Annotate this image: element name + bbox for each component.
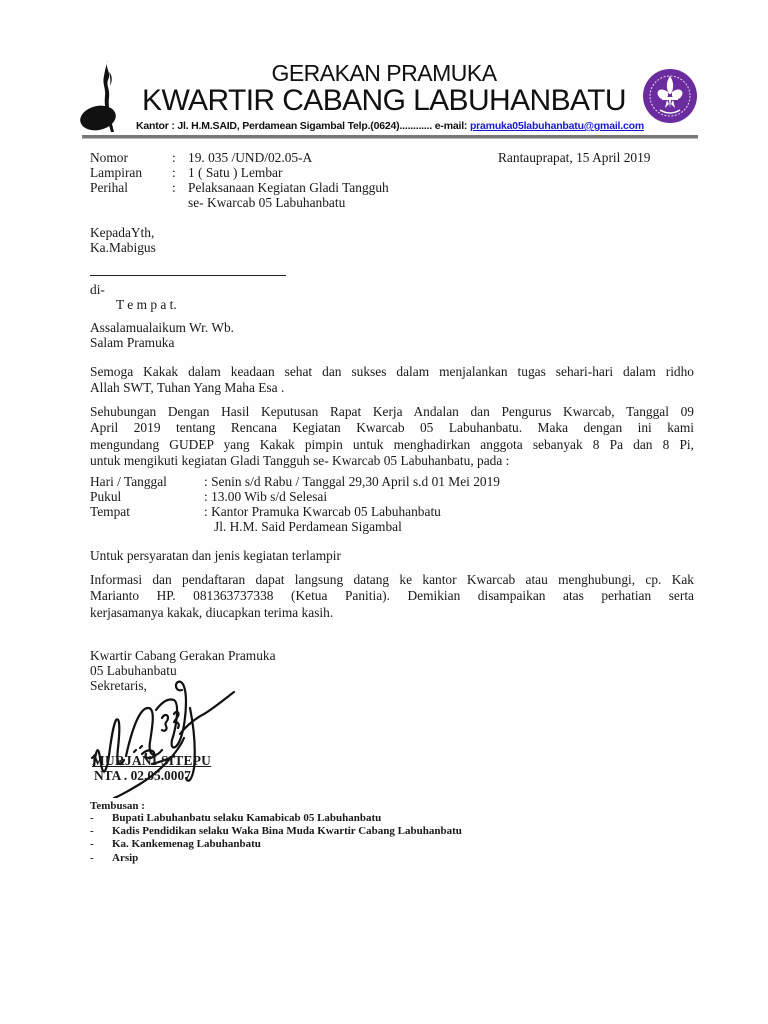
email-link[interactable]: pramuka05labuhanbatu@gmail.com	[470, 120, 644, 132]
letter-page: GERAKAN PRAMUKA KWARTIR CABANG LABUHANBA…	[0, 0, 768, 1024]
text-line: untuk mengikuti kegiatan Gladi Tangguh s…	[90, 453, 694, 469]
recipient-di: di-	[90, 282, 105, 298]
meta-value-lampiran: 1 ( Satu ) Lembar	[188, 165, 282, 181]
cc-item: Bupati Labuhanbatu selaku Kamabicab 05 L…	[112, 812, 381, 824]
meta-label-perihal: Perihal	[90, 180, 128, 196]
detail-label-place: Tempat	[90, 504, 130, 520]
greeting-line1: Assalamualaikum Wr. Wb.	[90, 320, 234, 336]
recipient-tempat: T e m p a t.	[116, 297, 177, 313]
recipient-line2: Ka.Mabigus	[90, 240, 156, 256]
cc-bullet: -	[90, 838, 94, 850]
meta-value-perihal-cont: se- Kwarcab 05 Labuhanbatu	[188, 195, 345, 211]
sign-org-line1: Kwartir Cabang Gerakan Pramuka	[90, 648, 276, 664]
detail-value-time: : 13.00 Wib s/d Selesai	[204, 489, 327, 505]
cc-bullet: -	[90, 852, 94, 864]
detail-label-date: Hari / Tanggal	[90, 474, 167, 490]
meta-label-nomor: Nomor	[90, 150, 128, 166]
letterhead-title-line1: GERAKAN PRAMUKA	[0, 60, 768, 87]
meta-colon: :	[172, 180, 176, 196]
cc-bullet: -	[90, 812, 94, 824]
meta-value-perihal: Pelaksanaan Kegiatan Gladi Tangguh	[188, 180, 389, 196]
letterhead-title-line2: KWARTIR CABANG LABUHANBATU	[0, 84, 768, 118]
signatory-name: MURJANI SITEPU	[92, 753, 211, 769]
detail-value-place: : Kantor Pramuka Kwarcab 05 Labuhanbatu	[204, 504, 441, 520]
org-name: GERAKAN PRAMUKA	[271, 60, 496, 86]
greeting-line2: Salam Pramuka	[90, 335, 174, 351]
place-date: Rantauprapat, 15 April 2019	[498, 150, 650, 166]
detail-label-time: Pukul	[90, 489, 121, 505]
meta-colon: :	[172, 165, 176, 181]
text-line: kerjasamanya kakak, diucapkan terima kas…	[90, 605, 694, 621]
letterhead-divider-thin	[82, 138, 698, 139]
cc-item: Ka. Kankemenag Labuhanbatu	[112, 838, 261, 850]
letterhead-address: Kantor : Jl. H.M.SAID, Perdamean Sigamba…	[136, 120, 644, 132]
detail-value-place-cont: Jl. H.M. Said Perdamean Sigambal	[214, 519, 402, 535]
cc-title: Tembusan :	[90, 800, 145, 812]
text-line: Semoga Kakak dalam keadaan sehat dan suk…	[90, 364, 694, 380]
recipient-line1: KepadaYth,	[90, 225, 154, 241]
cc-item: Arsip	[112, 852, 138, 864]
text-line: Informasi dan pendaftaran dapat langsung…	[90, 572, 694, 588]
paragraph-invitation: Sehubungan Dengan Hasil Keputusan Rapat …	[90, 404, 694, 469]
text-line: mengundang GUDEP yang Kakak pimpin untuk…	[90, 437, 694, 453]
address-text: Kantor : Jl. H.M.SAID, Perdamean Sigamba…	[136, 120, 470, 132]
meta-colon: :	[172, 150, 176, 166]
paragraph-wishes: Semoga Kakak dalam keadaan sehat dan suk…	[90, 364, 694, 397]
recipient-underline	[90, 275, 286, 276]
signatory-nta: NTA . 02.05.0007	[94, 768, 191, 784]
text-line: Marianto HP. 081363737338 (Ketua Panitia…	[90, 588, 694, 604]
meta-value-nomor: 19. 035 /UND/02.05-A	[188, 150, 312, 166]
detail-value-date: : Senin s/d Rabu / Tanggal 29,30 April s…	[204, 474, 500, 490]
paragraph-attachment-note: Untuk persyaratan dan jenis kegiatan ter…	[90, 548, 341, 564]
text-line: Sehubungan Dengan Hasil Keputusan Rapat …	[90, 404, 694, 420]
text-line: Allah SWT, Tuhan Yang Maha Esa .	[90, 380, 694, 396]
cc-bullet: -	[90, 825, 94, 837]
text-line: April 2019 tentang Rencana Kegiatan Kwar…	[90, 420, 694, 436]
paragraph-contact: Informasi dan pendaftaran dapat langsung…	[90, 572, 694, 621]
cc-item: Kadis Pendidikan selaku Waka Bina Muda K…	[112, 825, 462, 837]
meta-label-lampiran: Lampiran	[90, 165, 142, 181]
